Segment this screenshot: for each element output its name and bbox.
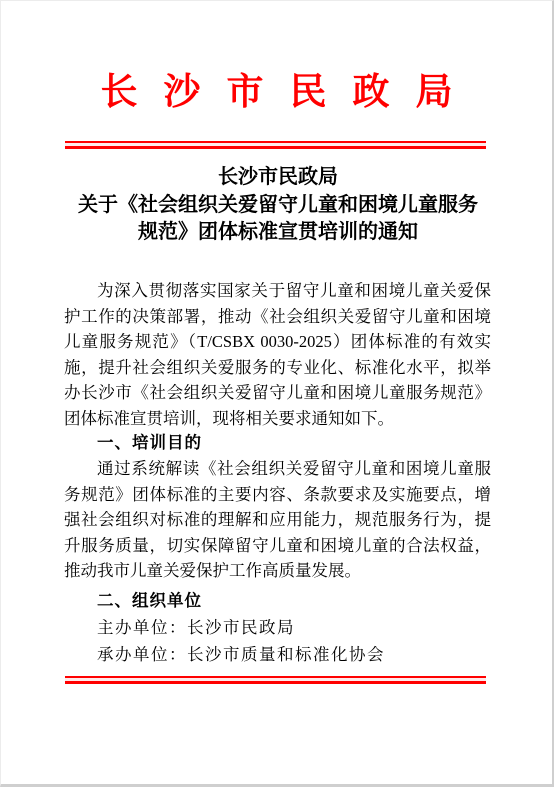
footer-red-divider xyxy=(65,676,486,684)
document-title: 长沙市民政局 关于《社会组织关爱留守儿童和困境儿童服务 规范》团体标准宣贯培训的… xyxy=(31,164,525,247)
organizer-host-line: 主办单位：长沙市民政局 xyxy=(64,615,491,641)
document-title-line-3: 规范》团体标准宣贯培训的通知 xyxy=(31,219,525,247)
document-title-line-1: 长沙市民政局 xyxy=(31,164,525,192)
agency-header-title: 长沙市民政局 xyxy=(1,67,552,119)
intro-paragraph: 为深入贯彻落实国家关于留守儿童和困境儿童关爱保护工作的决策部署，推动《社会组织关… xyxy=(64,278,491,431)
official-document-page: 长沙市民政局 长沙市民政局 关于《社会组织关爱留守儿童和困境儿童服务 规范》团体… xyxy=(0,0,554,787)
section-2-heading: 二、组织单位 xyxy=(64,589,491,615)
organizer-undertaker-line: 承办单位：长沙市质量和标准化协会 xyxy=(64,642,491,668)
section-1-paragraph: 通过系统解读《社会组织关爱留守儿童和困境儿童服务规范》团体标准的主要内容、条款要… xyxy=(64,456,491,584)
document-title-line-2: 关于《社会组织关爱留守儿童和困境儿童服务 xyxy=(31,192,525,220)
header-red-divider xyxy=(65,141,486,149)
section-1-heading: 一、培训目的 xyxy=(64,431,491,457)
